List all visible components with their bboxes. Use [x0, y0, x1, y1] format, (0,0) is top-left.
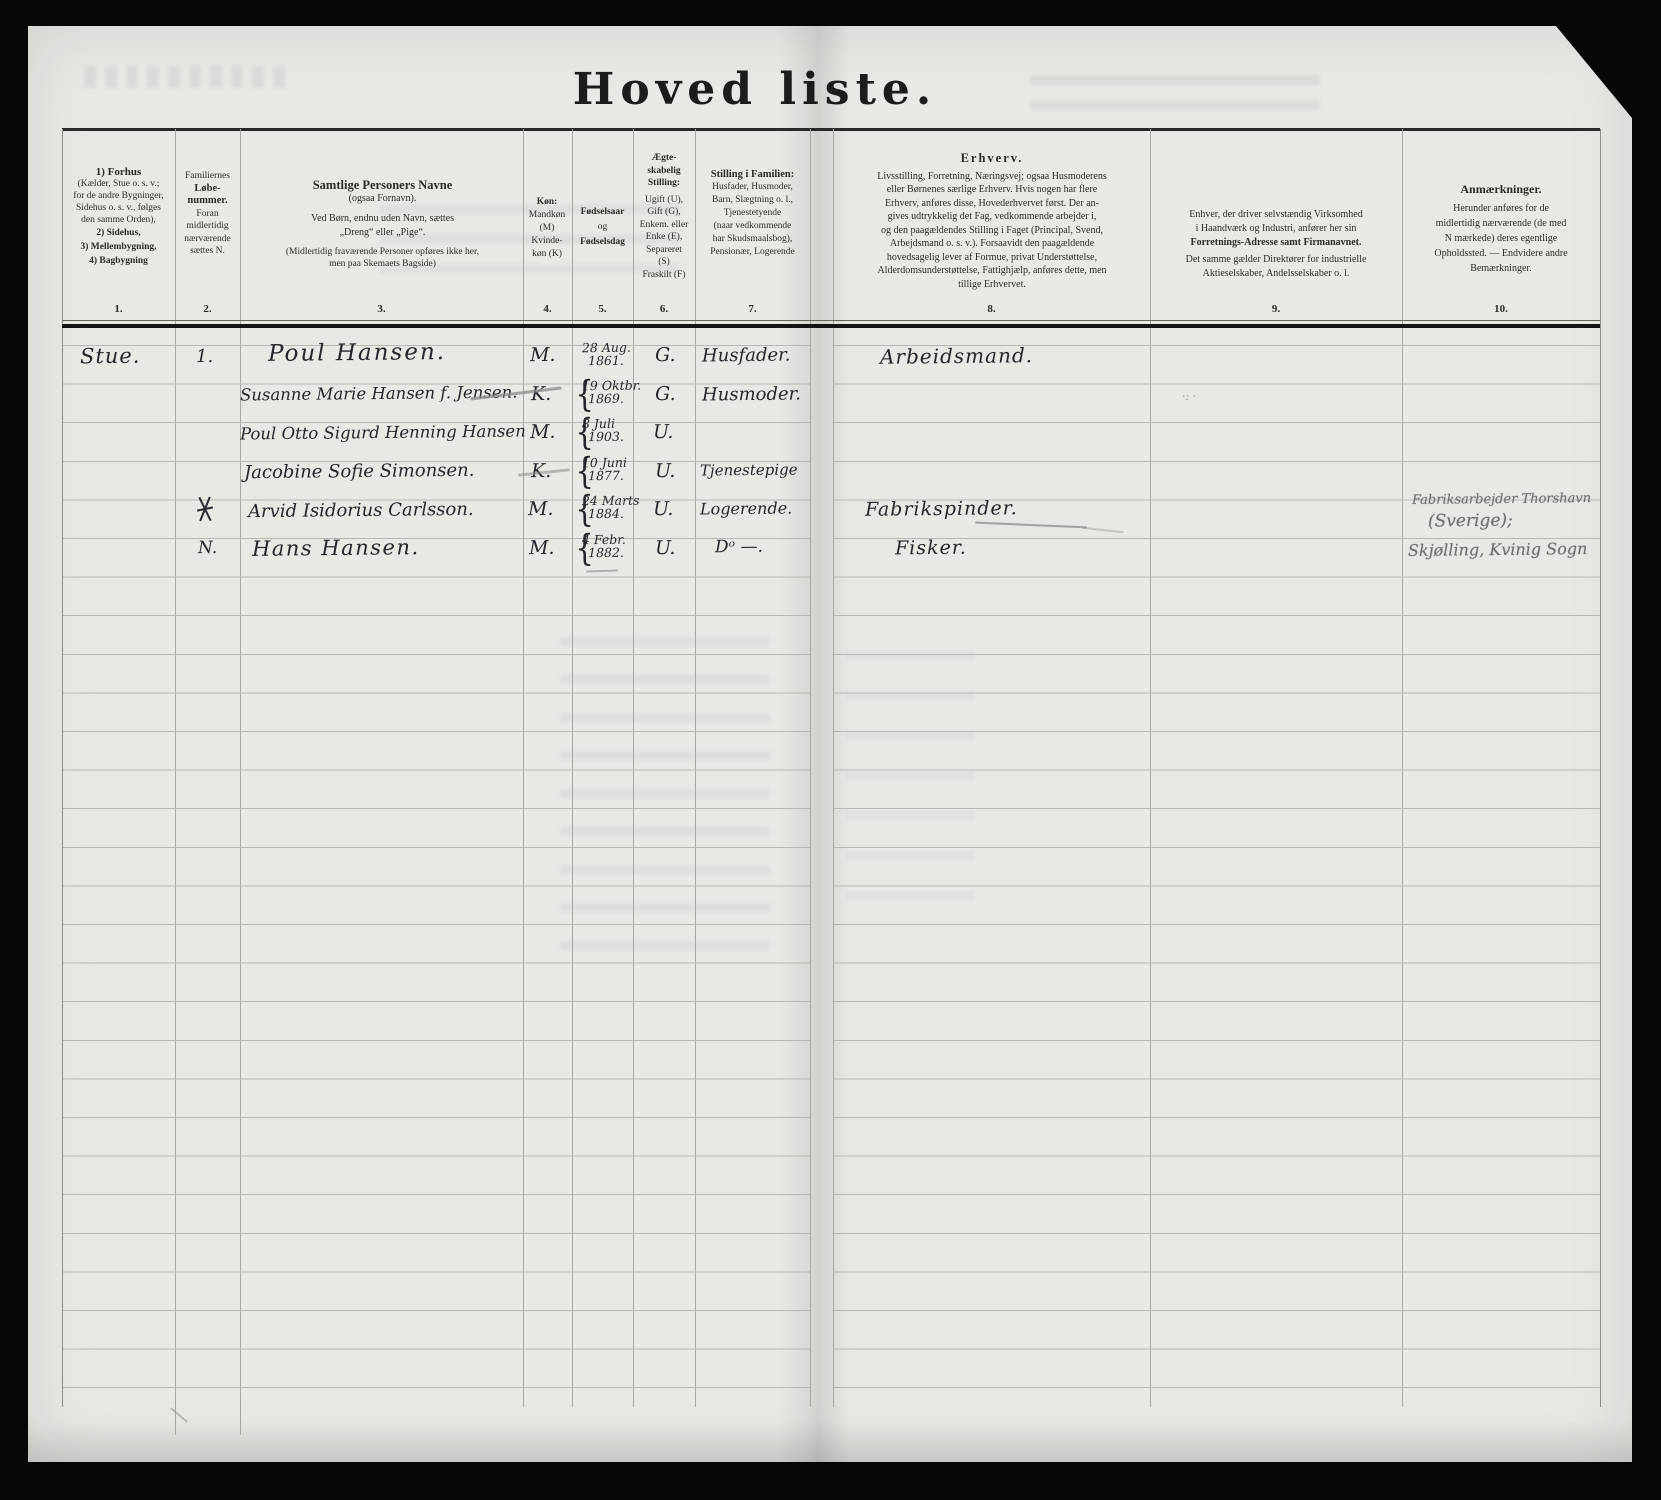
- header-marital-title: Ægte- skabelig Stilling:: [635, 152, 693, 190]
- col-number-2: 2.: [175, 303, 240, 315]
- row-4-name: Jacobine Sofie Simonsen.: [244, 460, 475, 483]
- header-cell-remarks: Anmærkninger. Herunder anføres for de mi…: [1404, 182, 1598, 276]
- header-cell-sex: Køn: Mandkøn (M) Kvinde- køn (K): [524, 196, 570, 261]
- row-3-sex: M.: [530, 421, 556, 443]
- header-birth-line1: Fødselsaar: [574, 205, 631, 220]
- brace-icon: {: [575, 377, 594, 413]
- row-2-family-position: Husmoder.: [702, 383, 801, 405]
- header-birth-line3: Fødselsdag: [574, 235, 631, 250]
- col-number-3: 3.: [240, 303, 523, 315]
- row-1-birthdate: 28 Aug. 1861.: [576, 341, 633, 368]
- header-address-line1: Enhver, der driver selvstændig Virksomhe…: [1152, 208, 1400, 236]
- header-building-title: 1) Forhus: [66, 166, 171, 178]
- row-1-family-number: 1.: [196, 346, 213, 367]
- header-famnr-line: Familiernes: [177, 170, 238, 183]
- header-occupation-body: Livsstilling, Forretning, Næringsvej; og…: [836, 170, 1148, 292]
- row-6-presence-mark: N.: [198, 538, 217, 558]
- row-5-birthdate: { 24 Marts 1884.: [576, 494, 633, 521]
- row-6-family-position: Dᵒ —.: [715, 537, 763, 558]
- brace-icon: {: [575, 415, 594, 451]
- header-building-note: (Kælder, Stue o. s. v.; for de andre Byg…: [66, 178, 171, 226]
- col-number-1: 1.: [62, 303, 175, 315]
- row-5-family-position: Logerende.: [700, 499, 792, 519]
- row-6-remark: Skjølling, Kvinig Sogn: [1408, 539, 1588, 560]
- scanned-census-sheet: Hoved liste. 1) Forhus (Kælder, Stue o. …: [0, 0, 1661, 1500]
- header-cell-building: 1) Forhus (Kælder, Stue o. s. v.; for de…: [66, 166, 171, 268]
- row-5-remark-line1: Fabriksarbejder Thorshavn: [1412, 491, 1591, 508]
- header-famnr-note: Foran midlertidig nærværende sættes N.: [177, 208, 238, 258]
- row-2-name: Susanne Marie Hansen f. Jensen.: [240, 383, 518, 405]
- row-2-sex: K.: [531, 383, 551, 405]
- col-number-4: 4.: [523, 303, 572, 315]
- header-cell-business-address: Enhver, der driver selvstændig Virksomhe…: [1152, 208, 1400, 281]
- row-5-marital-status: U.: [653, 498, 674, 520]
- row-1-house-type: Stue.: [80, 344, 141, 369]
- row-5-name: Arvid Isidorius Carlsson.: [248, 499, 474, 522]
- header-cell-family-position: Stilling i Familien: Husfader, Husmoder,…: [697, 168, 808, 259]
- header-address-line2: Det samme gælder Direktører for industri…: [1152, 253, 1400, 281]
- row-6-name: Hans Hansen.: [252, 535, 420, 561]
- brace-icon: {: [575, 531, 594, 567]
- pencil-scribble: ·: ·: [1182, 390, 1196, 403]
- row-1-marital-status: G.: [655, 344, 676, 366]
- row-4-family-position: Tjenestepige: [700, 460, 798, 479]
- header-names-note2: (Midlertidig fraværende Personer opføres…: [244, 246, 521, 270]
- row-6-birthdate: { 4 Febr. 1882.: [576, 533, 633, 560]
- header-occupation-title: Erhverv.: [836, 152, 1148, 166]
- header-marital-body: Ugift (U), Gift (G), Enkem. eller Enke (…: [635, 194, 693, 282]
- header-remarks-title: Anmærkninger.: [1404, 182, 1598, 197]
- row-6-occupation: Fisker.: [895, 537, 967, 560]
- row-1-sex: M.: [530, 344, 556, 366]
- header-birth-line2: og: [574, 220, 631, 235]
- row-2-marital-status: G.: [655, 383, 676, 405]
- header-fampos-title: Stilling i Familien:: [697, 168, 808, 181]
- header-fampos-body: Husfader, Husmoder, Barn, Slægtning o. l…: [697, 181, 808, 259]
- col-number-7: 7.: [695, 303, 810, 315]
- row-3-name: Poul Otto Sigurd Henning Hansen: [240, 422, 526, 444]
- row-1-family-position: Husfader.: [702, 345, 791, 367]
- crossed-out-mark-icon: [194, 496, 216, 522]
- col-number-10: 10.: [1402, 303, 1600, 315]
- header-remarks-body: Herunder anføres for de midlertidig nærv…: [1404, 201, 1598, 276]
- header-rule: [62, 324, 1600, 328]
- col-number-6: 6.: [633, 303, 695, 315]
- header-famnr-title: Løbe- nummer.: [177, 183, 238, 208]
- header-building-list: 2) Sidehus, 3) Mellembygning, 4) Bagbygn…: [66, 226, 171, 268]
- row-6-sex: M.: [529, 537, 555, 559]
- header-cell-names: Samtlige Personers Navne (ogsaa Fornavn)…: [244, 178, 521, 270]
- header-names-note1: Ved Børn, endnu uden Navn, sættes „Dreng…: [244, 212, 521, 240]
- header-rule-thin: [62, 320, 1600, 321]
- header-address-bold: Forretnings-Adresse samt Firmanavnet.: [1152, 236, 1400, 250]
- header-sex-title: Køn:: [524, 196, 570, 209]
- row-3-birthdate: { 8 Juli 1903.: [576, 417, 633, 444]
- header-names-sub: (ogsaa Fornavn).: [244, 192, 521, 206]
- header-sex-body: Mandkøn (M) Kvinde- køn (K): [524, 209, 570, 261]
- page-title: Hoved liste.: [455, 64, 1055, 115]
- col-number-9: 9.: [1150, 303, 1402, 315]
- brace-icon: {: [575, 454, 594, 490]
- row-4-birthdate: { 10 Juni 1877.: [576, 456, 633, 483]
- header-cell-family-number: Familiernes Løbe- nummer. Foran midlerti…: [177, 170, 238, 258]
- row-1-name: Poul Hansen.: [268, 339, 446, 367]
- col-number-8: 8.: [833, 303, 1150, 315]
- header-names-title: Samtlige Personers Navne: [244, 178, 521, 192]
- header-cell-birthdate: Fødselsaar og Fødselsdag: [574, 205, 631, 250]
- brace-icon: {: [575, 492, 594, 528]
- title-rule: [62, 128, 1600, 131]
- row-1-birth-year: 1861.: [576, 354, 633, 368]
- row-5-remark-line2: (Sverige);: [1428, 511, 1513, 532]
- row-4-marital-status: U.: [655, 460, 676, 482]
- row-6-marital-status: U.: [655, 537, 676, 559]
- row-2-birthdate: { 19 Oktbr. 1869.: [576, 379, 633, 406]
- col-line-extension: [240, 1407, 241, 1435]
- col-number-5: 5.: [572, 303, 633, 315]
- header-cell-occupation: Erhverv. Livsstilling, Forretning, Nærin…: [836, 152, 1148, 291]
- header-cell-marital-status: Ægte- skabelig Stilling: Ugift (U), Gift…: [635, 152, 693, 281]
- row-1-occupation: Arbeidsmand.: [880, 343, 1033, 369]
- table-border-right: [1600, 129, 1601, 1407]
- row-5-occupation: Fabrikspinder.: [865, 497, 1018, 521]
- row-3-marital-status: U.: [653, 421, 674, 443]
- row-5-sex: M.: [528, 498, 554, 520]
